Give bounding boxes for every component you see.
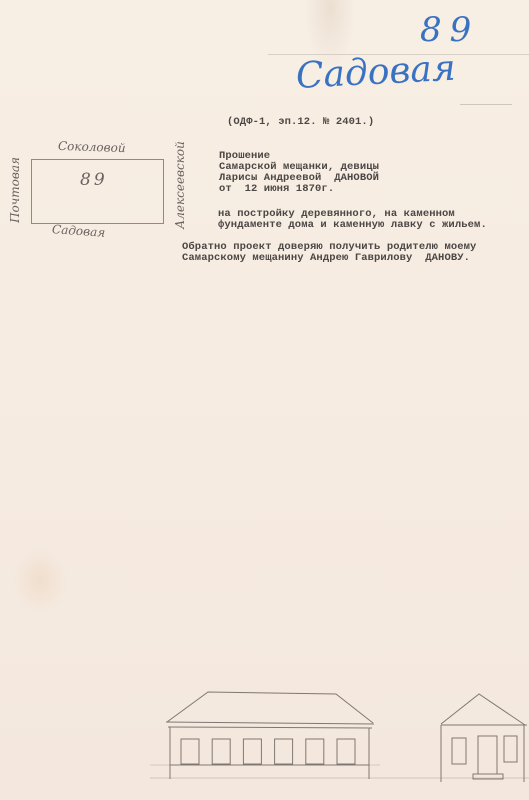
main-house <box>166 692 374 779</box>
window <box>181 739 199 764</box>
window <box>212 739 230 764</box>
shop-building <box>441 694 527 782</box>
window <box>243 739 261 764</box>
elevation-drawing <box>0 0 529 800</box>
window <box>306 739 324 764</box>
window <box>275 739 293 764</box>
window <box>337 739 355 764</box>
